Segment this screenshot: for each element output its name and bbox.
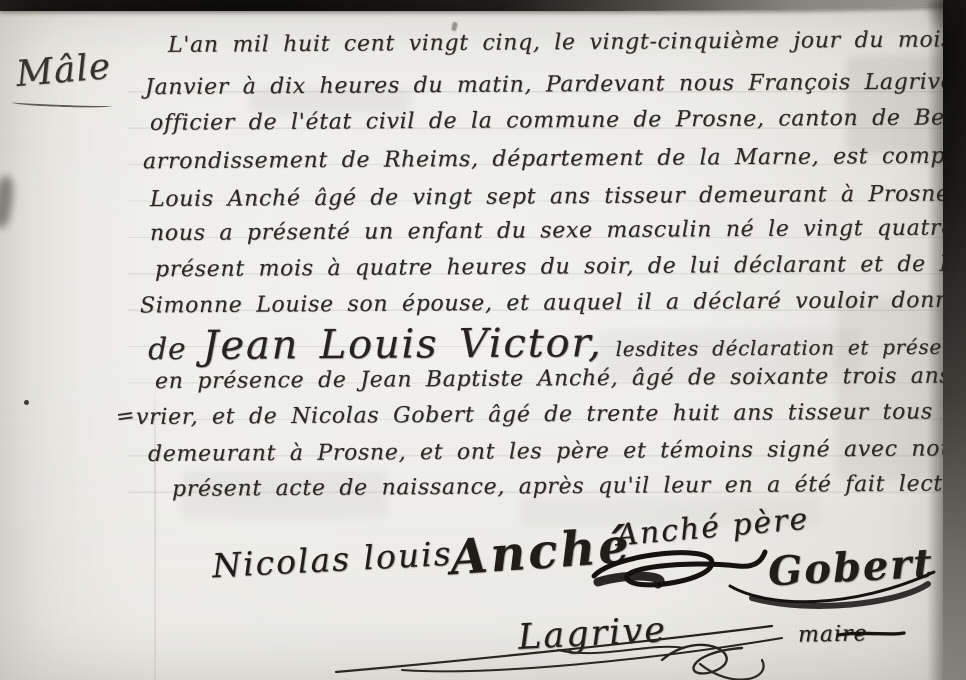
edge-smudge [0, 175, 15, 229]
record-line: arrondissement de Rheims, département de… [143, 143, 966, 175]
right-edge-fade [927, 0, 943, 680]
hyphen-mark: = [114, 403, 136, 430]
record-line: nous a présenté un enfant du sexe mascul… [150, 215, 966, 246]
record-line: officier de l'état civil de la commune d… [150, 105, 966, 136]
signature-gobert: Gobert [767, 540, 935, 596]
given-names: Jean Louis Victor, [202, 320, 602, 369]
corner-shadow [896, 0, 956, 70]
record-line: présent acte de naissance, après qu'il l… [172, 471, 966, 502]
record-line: Janvier à dix heures du matin, Pardevant… [145, 69, 966, 100]
margin-note: Mâle [14, 46, 112, 95]
top-edge-shadow [0, 0, 966, 11]
signature-nicolas-louis: Nicolas louis [211, 534, 453, 586]
margin-note-underline [12, 99, 112, 109]
name-line-prefix: de [148, 332, 203, 367]
name-line-suffix: lesdites déclaration et présentation fai… [602, 334, 966, 361]
signature-anche: Anché [448, 518, 633, 587]
signature-lagrive: Lagrive [517, 610, 668, 658]
record-line: L'an mil huit cent vingt cinq, le vingt-… [168, 27, 966, 58]
signature-maire-title: maire [798, 621, 868, 647]
record-line: présent mois à quatre heures du soir, de… [155, 251, 966, 283]
manuscript-page: Mâle L'an mil huit cent vingt cinq, le v… [0, 0, 966, 680]
record-line: Louis Anché âgé de vingt sept ans tisseu… [150, 181, 966, 212]
ink-spot [24, 400, 29, 405]
right-edge-shadow [943, 0, 966, 680]
